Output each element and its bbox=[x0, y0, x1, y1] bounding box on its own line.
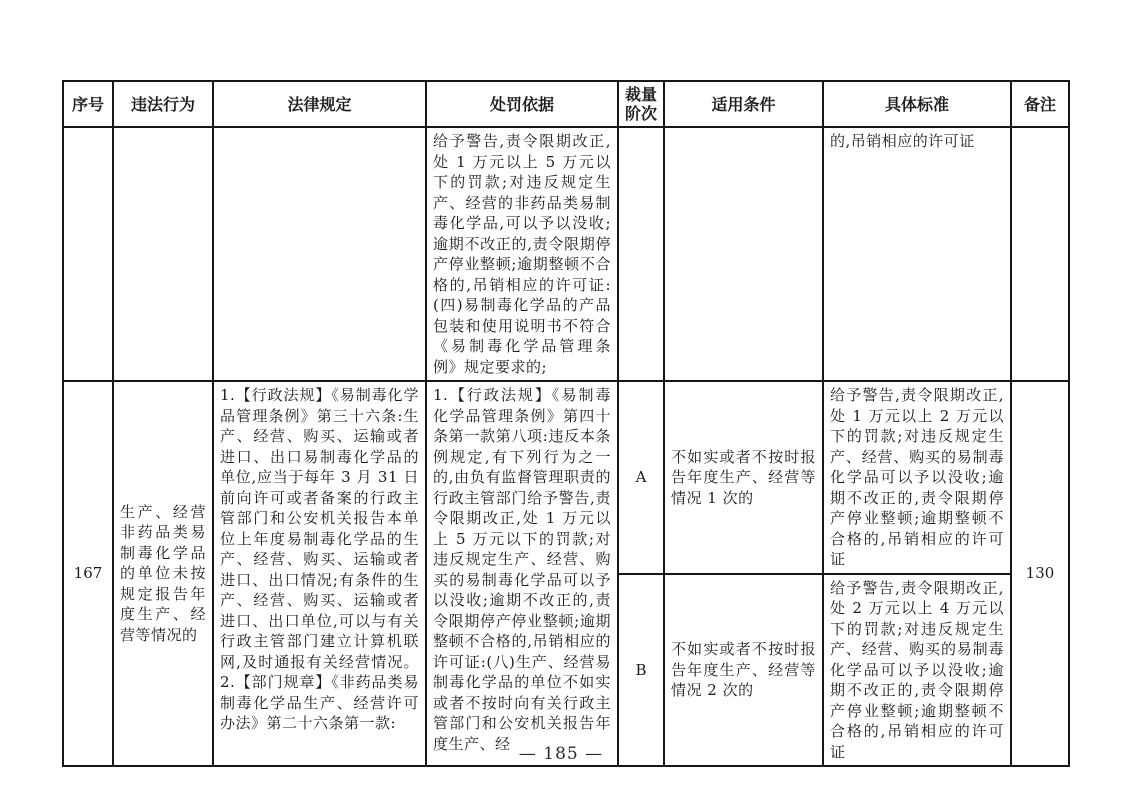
penalty-standards-table: 序号 违法行为 法律规定 处罚依据 裁量阶次 适用条件 具体标准 备注 给予警告… bbox=[62, 80, 1070, 767]
header-discretion-tier: 裁量阶次 bbox=[618, 81, 664, 127]
cell-tier-a-level: A bbox=[618, 381, 664, 574]
table-header-row: 序号 违法行为 法律规定 处罚依据 裁量阶次 适用条件 具体标准 备注 bbox=[63, 81, 1069, 127]
cell-tier-a-condition: 不如实或者不按时报告年度生产、经营等情况 1 次的 bbox=[664, 381, 823, 574]
cell-serial: 167 bbox=[63, 381, 113, 766]
cell-tier-empty bbox=[618, 127, 664, 381]
cell-tier-b-standard: 给予警告,责令限期改正,处 2 万元以上 4 万元以下的罚款;对违反规定生产、经… bbox=[823, 574, 1011, 767]
cell-condition-empty bbox=[664, 127, 823, 381]
header-applicable-condition: 适用条件 bbox=[664, 81, 823, 127]
row-167-tier-a: 167 生产、经营非药品类易制毒化学品的单位未按规定报告年度生产、经营等情况的 … bbox=[63, 381, 1069, 574]
header-legal-provision: 法律规定 bbox=[213, 81, 426, 127]
header-illegal-act: 违法行为 bbox=[113, 81, 213, 127]
page-number: — 185 — bbox=[0, 744, 1122, 764]
cell-legal-provision: 1.【行政法规】《易制毒化学品管理条例》第三十六条:生产、经营、购买、运输或者进… bbox=[213, 381, 426, 766]
cell-tier-b-condition: 不如实或者不按时报告年度生产、经营等情况 2 次的 bbox=[664, 574, 823, 767]
cell-tier-b-level: B bbox=[618, 574, 664, 767]
cell-serial-empty bbox=[63, 127, 113, 381]
cell-illegal-act-empty bbox=[113, 127, 213, 381]
cell-illegal-act: 生产、经营非药品类易制毒化学品的单位未按规定报告年度生产、经营等情况的 bbox=[113, 381, 213, 766]
cell-legal-provision-empty bbox=[213, 127, 426, 381]
cell-remark: 130 bbox=[1011, 381, 1069, 766]
cell-tier-a-standard: 给予警告,责令限期改正,处 1 万元以上 2 万元以下的罚款;对违反规定生产、经… bbox=[823, 381, 1011, 574]
cell-specific-standard-continued: 的,吊销相应的许可证 bbox=[823, 127, 1011, 381]
document-page: 序号 违法行为 法律规定 处罚依据 裁量阶次 适用条件 具体标准 备注 给予警告… bbox=[0, 0, 1122, 793]
cell-remark-empty bbox=[1011, 127, 1069, 381]
continuation-row: 给予警告,责令限期改正,处 1 万元以上 5 万元以下的罚款;对违反规定生产、经… bbox=[63, 127, 1069, 381]
cell-penalty-basis-continued: 给予警告,责令限期改正,处 1 万元以上 5 万元以下的罚款;对违反规定生产、经… bbox=[426, 127, 618, 381]
header-remark: 备注 bbox=[1011, 81, 1069, 127]
header-specific-standard: 具体标准 bbox=[823, 81, 1011, 127]
header-penalty-basis: 处罚依据 bbox=[426, 81, 618, 127]
header-serial: 序号 bbox=[63, 81, 113, 127]
cell-penalty-basis: 1.【行政法规】《易制毒化学品管理条例》第四十条第一款第八项:违反本条例规定,有… bbox=[426, 381, 618, 766]
